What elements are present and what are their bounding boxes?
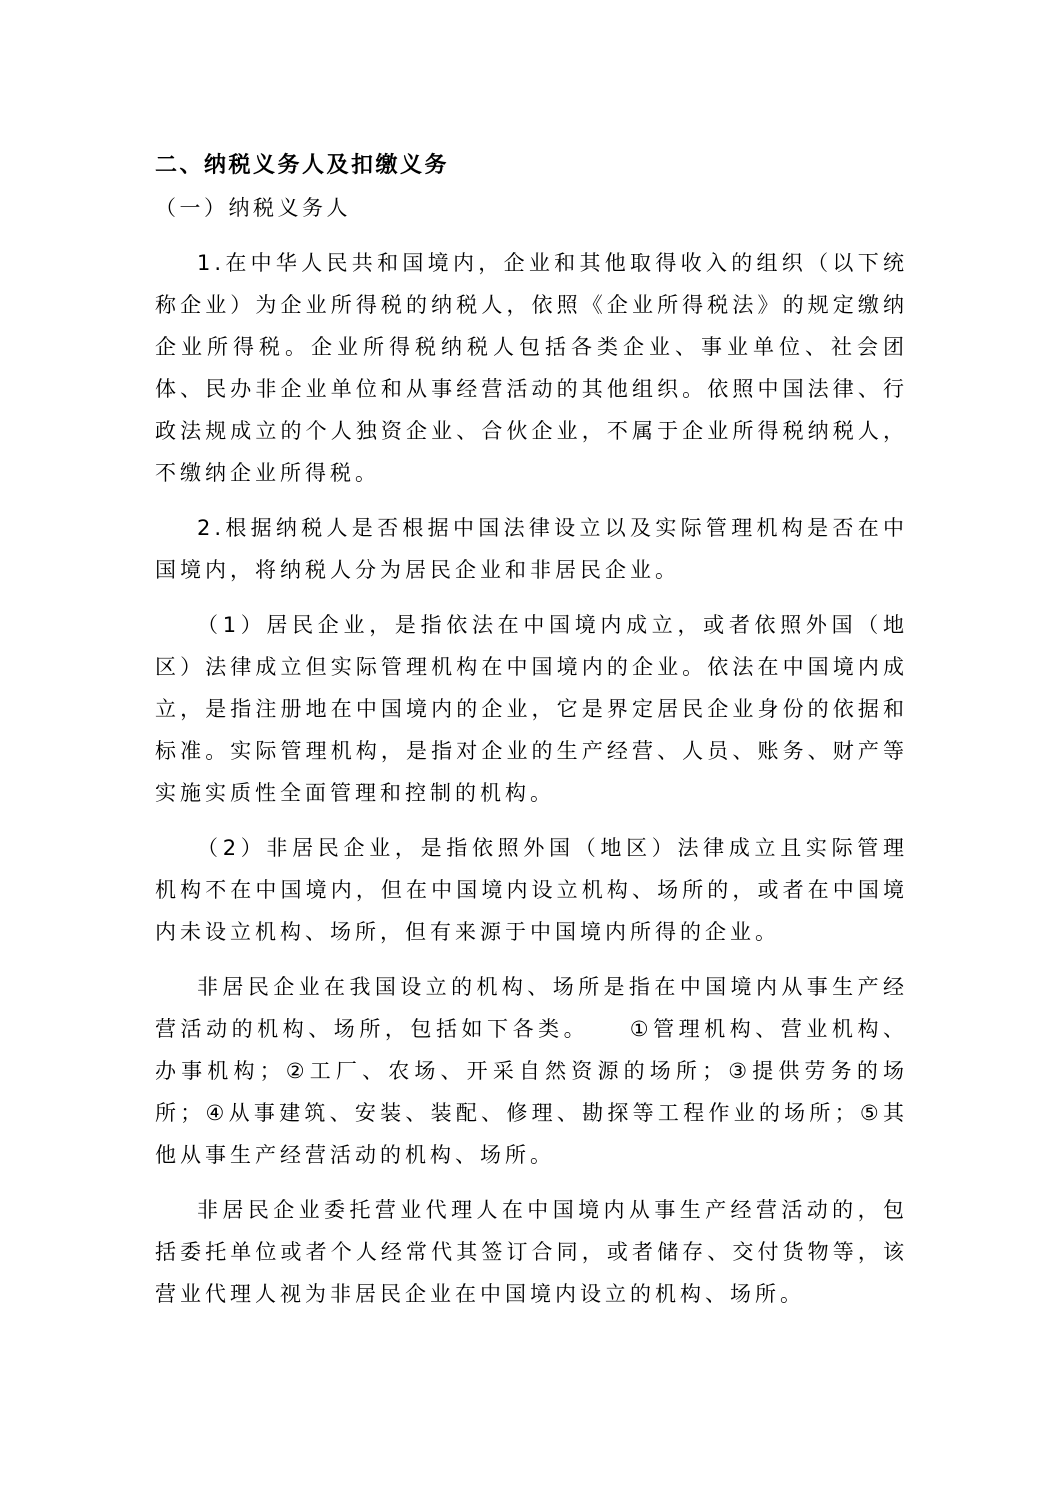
paragraph-taxpayer-definition: 1.在中华人民共和国境内，企业和其他取得收入的组织（以下统称企业）为企业所得税的… [155,242,908,494]
section-heading: 二、纳税义务人及扣缴义务 [155,144,908,187]
paragraph-taxpayer-classification: 2.根据纳税人是否根据中国法律设立以及实际管理机构是否在中国境内，将纳税人分为居… [155,507,908,591]
paragraph-nonresident-enterprise: （2）非居民企业，是指依照外国（地区）法律成立且实际管理机构不在中国境内，但在中… [155,827,908,953]
paragraph-nonresident-establishments: 非居民企业在我国设立的机构、场所是指在中国境内从事生产经营活动的机构、场所，包括… [155,966,908,1176]
subsection-heading: （一）纳税义务人 [155,187,908,229]
paragraph-resident-enterprise: （1）居民企业，是指依法在中国境内成立，或者依照外国（地区）法律成立但实际管理机… [155,604,908,814]
paragraph-nonresident-business-agent: 非居民企业委托营业代理人在中国境内从事生产经营活动的，包括委托单位或者个人经常代… [155,1189,908,1315]
document-page: 二、纳税义务人及扣缴义务 （一）纳税义务人 1.在中华人民共和国境内，企业和其他… [0,0,1059,1497]
